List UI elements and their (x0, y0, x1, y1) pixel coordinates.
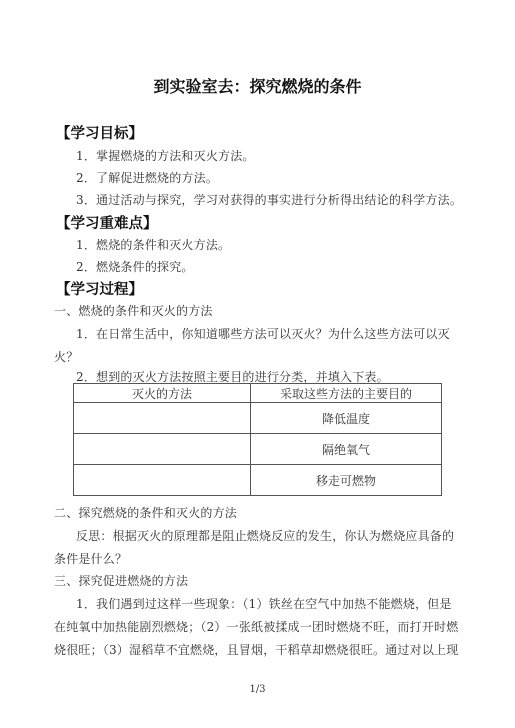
fire-extinguishing-table: 灭火的方法 采取这些方法的主要目的 降低温度 隔绝氧气 移走可燃物 (73, 383, 442, 496)
part1-question1-line2: 火？ (54, 348, 78, 365)
table-cell: 隔绝氧气 (251, 434, 442, 465)
table-cell-blank[interactable] (74, 434, 251, 465)
table-header-row: 灭火的方法 采取这些方法的主要目的 (74, 384, 442, 403)
part3-paragraph-line2: 在纯氧中加热能剧烈燃烧；（2）一张纸被揉成一团时燃烧不旺，而打开时燃 (54, 618, 458, 635)
page-number: 1/3 (0, 684, 515, 695)
table-cell-blank[interactable] (74, 465, 251, 496)
part1-question1-line1: 1．在日常生活中，你知道哪些方法可以灭火？为什么这些方法可以灭 (76, 325, 450, 342)
part2-reflection-line1: 反思：根据灭火的原理都是阻止燃烧反应的发生，你认为燃烧应具备的 (76, 527, 454, 544)
table-header-cell: 采取这些方法的主要目的 (251, 384, 442, 403)
key-point-item: 1．燃烧的条件和灭火方法。 (76, 236, 230, 253)
objective-item: 2．了解促进燃烧的方法。 (76, 169, 218, 186)
table-cell: 移走可燃物 (251, 465, 442, 496)
part3-paragraph-line3: 烧很旺；（3）湿稻草不宜燃烧，且冒烟，干稻草却燃烧很旺。通过对以上现 (54, 641, 458, 658)
part2-title: 二、探究燃烧的条件和灭火的方法 (54, 504, 237, 521)
part1-title: 一、燃烧的条件和灭火的方法 (54, 302, 213, 319)
objective-item: 1．掌握燃烧的方法和灭火方法。 (76, 147, 255, 164)
key-point-item: 2．燃烧条件的探究。 (76, 258, 194, 275)
section-heading-process: 【学习过程】 (56, 278, 143, 299)
page-title: 到实验室去：探究燃烧的条件 (0, 74, 515, 97)
table-row: 降低温度 (74, 403, 442, 434)
table-row: 移走可燃物 (74, 465, 442, 496)
part3-paragraph-line1: 1．我们遇到过这样一些现象：（1）铁丝在空气中加热不能燃烧，但是 (76, 595, 452, 612)
table-cell-blank[interactable] (74, 403, 251, 434)
table-cell: 降低温度 (251, 403, 442, 434)
part3-title: 三、探究促进燃烧的方法 (54, 572, 188, 589)
table-header-cell: 灭火的方法 (74, 384, 251, 403)
part2-reflection-line2: 条件是什么？ (54, 550, 127, 567)
section-heading-key-points: 【学习重难点】 (56, 212, 158, 233)
table-row: 隔绝氧气 (74, 434, 442, 465)
section-heading-objectives: 【学习目标】 (56, 122, 143, 143)
objective-item: 3．通过活动与探究，学习对获得的事实进行分析得出结论的科学方法。 (76, 191, 462, 208)
